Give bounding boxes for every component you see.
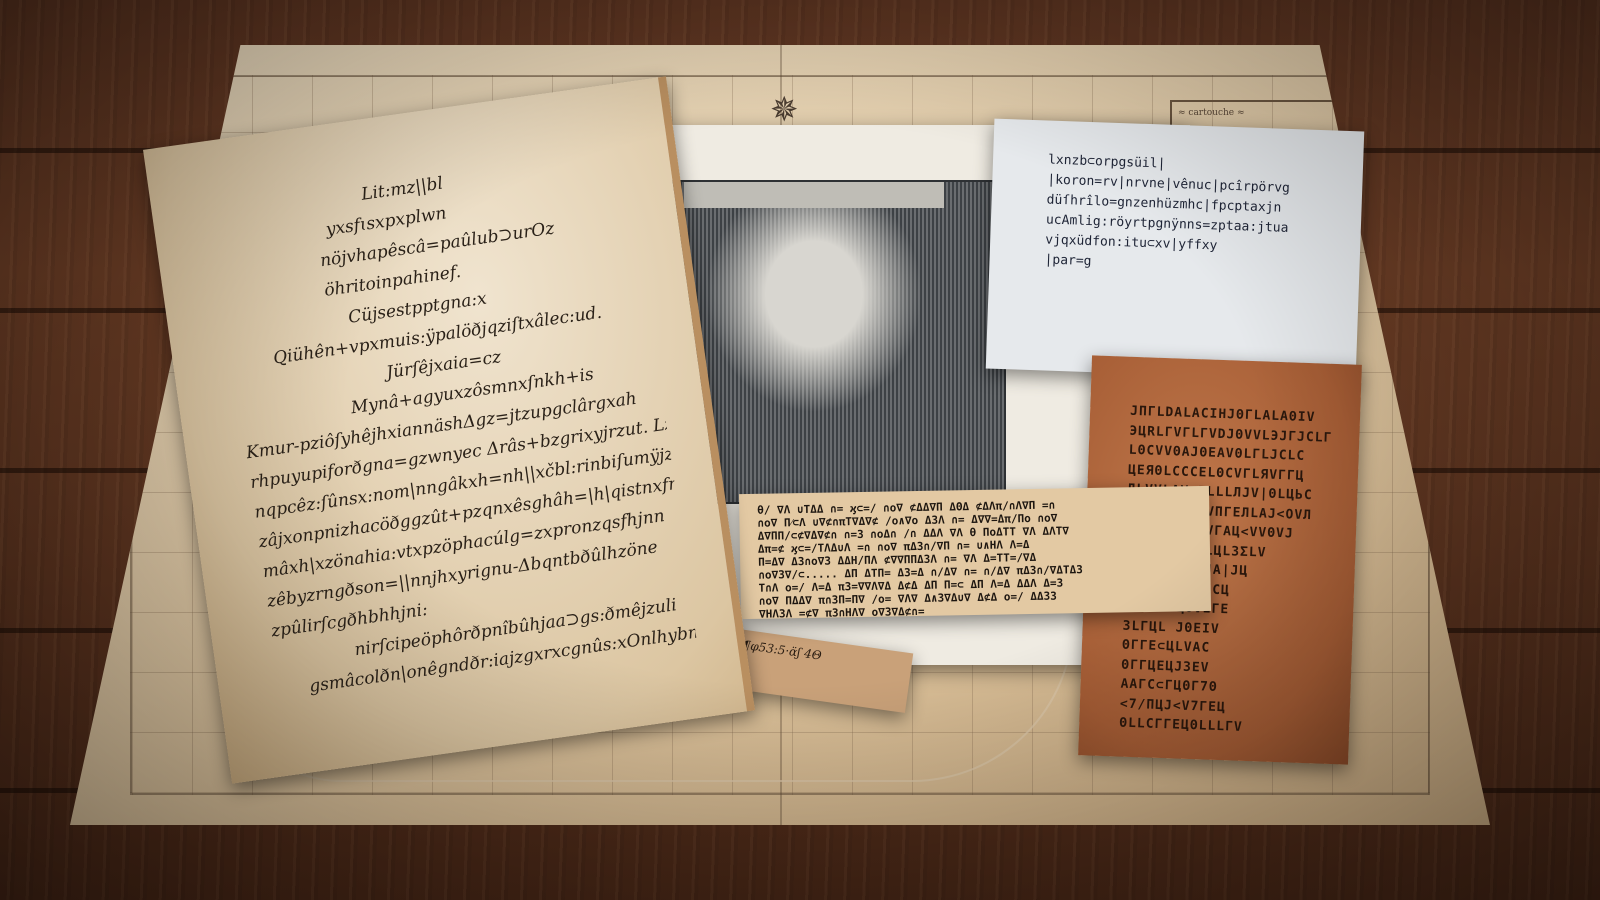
vignette-overlay: [0, 0, 1600, 900]
